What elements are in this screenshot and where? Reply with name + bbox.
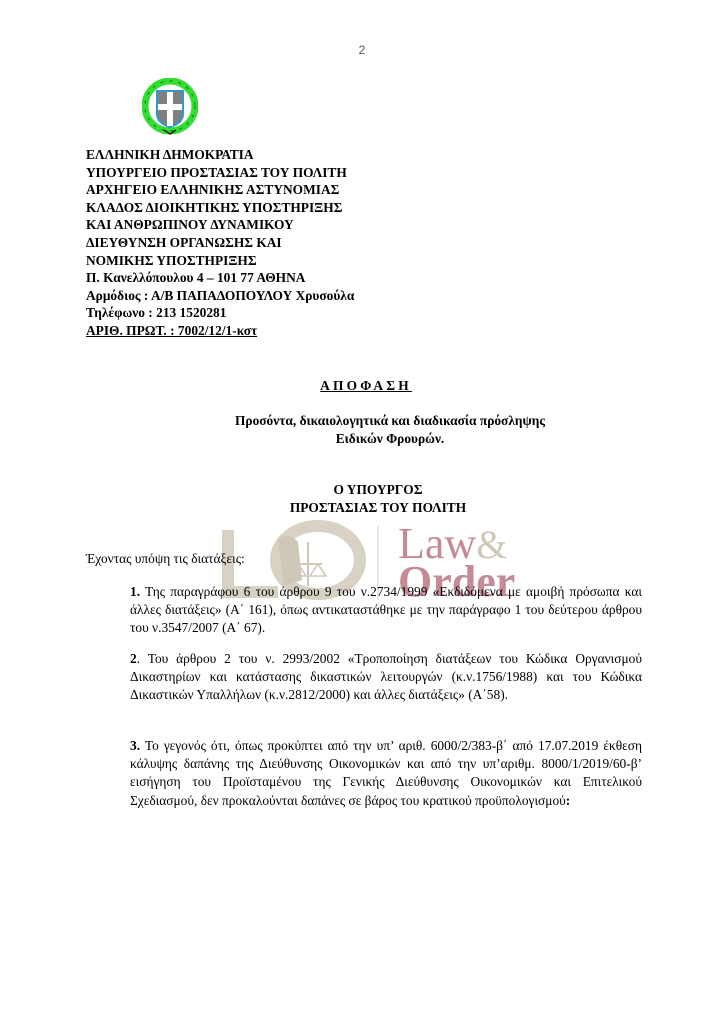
issuer-header: ΕΛΛΗΝΙΚΗ ΔΗΜΟΚΡΑΤΙΑ ΥΠΟΥΡΓΕΙΟ ΠΡΟΣΤΑΣΙΑΣ… <box>86 146 354 340</box>
greek-coat-of-arms-icon <box>142 78 198 136</box>
header-line: ΝΟΜΙΚΗΣ ΥΠΟΣΤΗΡΙΞΗΣ <box>86 252 354 270</box>
paragraph-text: . Του άρθρου 2 του ν. 2993/2002 «Τροποπο… <box>130 651 642 702</box>
responsible-line: Αρμόδιος : Α/Β ΠΑΠΑΔΟΠΟΥΛΟΥ Χρυσούλα <box>86 287 354 305</box>
protocol-number: ΑΡΙΘ. ΠΡΩΤ. : 7002/12/1-κστ <box>86 322 354 340</box>
header-line: ΔΙΕΥΘΥΝΣΗ ΟΡΓΑΝΩΣΗΣ ΚΑΙ <box>86 234 354 252</box>
minister-heading: Ο ΥΠΟΥΡΓΟΣ ΠΡΟΣΤΑΣΙΑΣ ΤΟΥ ΠΟΛΙΤΗ <box>16 481 724 516</box>
paragraph-number: 2 <box>130 651 137 666</box>
address-line: Π. Κανελλόπουλου 4 – 101 77 ΑΘΗΝΑ <box>86 269 354 287</box>
header-line: ΑΡΧΗΓΕΙΟ ΕΛΛΗΝΙΚΗΣ ΑΣΤΥΝΟΜΙΑΣ <box>86 181 354 199</box>
subject-line: Ειδικών Φρουρών. <box>28 430 724 448</box>
page-number: 2 <box>0 43 724 57</box>
paragraph-trailing-colon: : <box>566 793 570 808</box>
decision-subject: Προσόντα, δικαιολογητικά και διαδικασία … <box>28 412 724 447</box>
header-line: ΥΠΟΥΡΓΕΙΟ ΠΡΟΣΤΑΣΙΑΣ ΤΟΥ ΠΟΛΙΤΗ <box>86 164 354 182</box>
header-line: ΕΛΛΗΝΙΚΗ ΔΗΜΟΚΡΑΤΙΑ <box>86 146 354 164</box>
phone-line: Τηλέφωνο : 213 1520281 <box>86 304 354 322</box>
provision-paragraph: 2. Του άρθρου 2 του ν. 2993/2002 «Τροποπ… <box>130 650 642 705</box>
provision-paragraph: 3. Το γεγονός ότι, όπως προκύπτει από τη… <box>130 737 642 810</box>
subject-line: Προσόντα, δικαιολογητικά και διαδικασία … <box>28 412 724 430</box>
considering-intro: Έχοντας υπόψη τις διατάξεις: <box>86 551 245 567</box>
decision-title: ΑΠΟΦΑΣΗ <box>4 378 724 394</box>
minister-line: Ο ΥΠΟΥΡΓΟΣ <box>16 481 724 499</box>
minister-line: ΠΡΟΣΤΑΣΙΑΣ ΤΟΥ ΠΟΛΙΤΗ <box>16 499 724 517</box>
paragraph-number: 3. <box>130 738 140 753</box>
paragraph-text: Της παραγράφου 6 του άρθρου 9 του ν.2734… <box>130 584 642 635</box>
paragraph-number: 1. <box>130 584 140 599</box>
header-line: ΚΑΙ ΑΝΘΡΩΠΙΝΟΥ ΔΥΝΑΜΙΚΟΥ <box>86 216 354 234</box>
header-line: ΚΛΑΔΟΣ ΔΙΟΙΚΗΤΙΚΗΣ ΥΠΟΣΤΗΡΙΞΗΣ <box>86 199 354 217</box>
provision-paragraph: 1. Της παραγράφου 6 του άρθρου 9 του ν.2… <box>130 583 642 638</box>
